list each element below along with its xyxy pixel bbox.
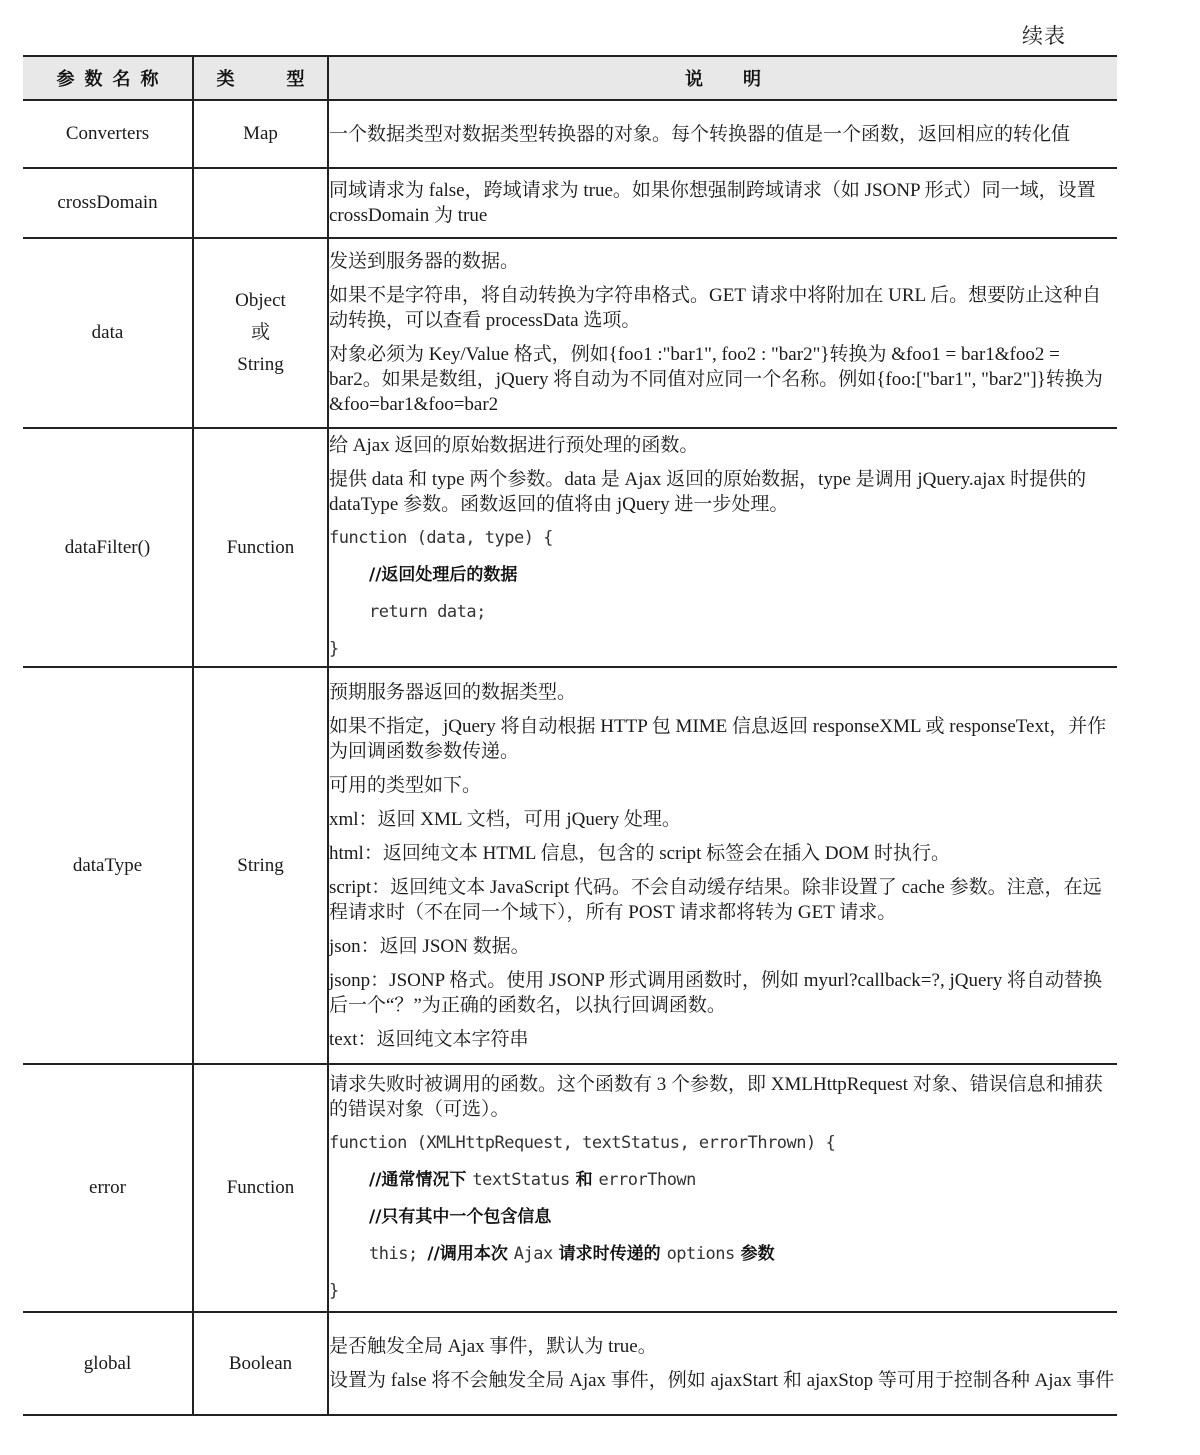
table-row: crossDomain同域请求为 false，跨域请求为 true。如果你想强制…: [23, 168, 1117, 238]
param-type-line: String: [194, 349, 327, 381]
param-type-cell: Function: [193, 1064, 328, 1312]
header-row: 参数名称 类型 说明: [23, 56, 1117, 100]
description-paragraph: 请求失败时被调用的函数。这个函数有 3 个参数，即 XMLHttpRequest…: [329, 1072, 1117, 1122]
description-paragraph: 一个数据类型对数据类型转换器的对象。每个转换器的值是一个函数，返回相应的转化值: [329, 122, 1117, 147]
param-type-line: Function: [194, 532, 327, 564]
code-line: //通常情况下 textStatus 和 errorThown: [329, 1168, 1117, 1193]
code-line: }: [329, 1279, 1117, 1304]
code-comment: //调用本次: [427, 1244, 513, 1264]
param-name-cell: dataFilter(): [23, 428, 193, 667]
code-token: this;: [369, 1244, 427, 1264]
description-paragraph: 可用的类型如下。: [329, 773, 1117, 798]
code-line: this; //调用本次 Ajax 请求时传递的 options 参数: [329, 1242, 1117, 1267]
param-description-cell: 是否触发全局 Ajax 事件，默认为 true。设置为 false 将不会触发全…: [328, 1312, 1117, 1415]
description-paragraph: text：返回纯文本字符串: [329, 1027, 1117, 1052]
table-row: dataFilter()Function给 Ajax 返回的原始数据进行预处理的…: [23, 428, 1117, 667]
table-body: ConvertersMap一个数据类型对数据类型转换器的对象。每个转换器的值是一…: [23, 100, 1117, 1415]
code-comment: 参数: [735, 1244, 775, 1264]
param-type-cell: Boolean: [193, 1312, 328, 1415]
code-comment: 请求时传递的: [553, 1244, 667, 1264]
description-paragraph: 如果不指定，jQuery 将自动根据 HTTP 包 MIME 信息返回 resp…: [329, 714, 1117, 764]
description-paragraph: html：返回纯文本 HTML 信息，包含的 script 标签会在插入 DOM…: [329, 841, 1117, 866]
param-type-line: Object: [194, 285, 327, 317]
param-description-cell: 请求失败时被调用的函数。这个函数有 3 个参数，即 XMLHttpRequest…: [328, 1064, 1117, 1312]
param-name-cell: dataType: [23, 667, 193, 1064]
description-paragraph: 设置为 false 将不会触发全局 Ajax 事件，例如 ajaxStart 和…: [329, 1368, 1117, 1393]
param-type-line: Function: [194, 1172, 327, 1204]
table-header: 参数名称 类型 说明: [23, 56, 1117, 100]
code-line: function (data, type) {: [329, 526, 1117, 551]
code-token: errorThown: [599, 1170, 696, 1190]
code-token: Ajax: [514, 1244, 553, 1264]
code-line: return data;: [329, 600, 1117, 625]
description-paragraph: 同域请求为 false，跨域请求为 true。如果你想强制跨域请求（如 JSON…: [329, 178, 1117, 228]
param-type-line: 或: [194, 317, 327, 349]
param-type-cell: [193, 168, 328, 238]
param-name-cell: crossDomain: [23, 168, 193, 238]
code-token: options: [667, 1244, 735, 1264]
header-param-name: 参数名称: [23, 56, 193, 100]
header-type: 类型: [193, 56, 328, 100]
param-type-cell: Object或String: [193, 238, 328, 428]
table-row: errorFunction请求失败时被调用的函数。这个函数有 3 个参数，即 X…: [23, 1064, 1117, 1312]
code-comment: //通常情况下: [369, 1170, 472, 1190]
header-desc-char-1: 说: [685, 69, 703, 90]
code-comment: 和: [570, 1170, 599, 1190]
description-paragraph: 提供 data 和 type 两个参数。data 是 Ajax 返回的原始数据，…: [329, 467, 1117, 517]
param-description-cell: 同域请求为 false，跨域请求为 true。如果你想强制跨域请求（如 JSON…: [328, 168, 1117, 238]
code-line: }: [329, 637, 1117, 662]
table-row: dataObject或String发送到服务器的数据。如果不是字符串，将自动转换…: [23, 238, 1117, 428]
description-paragraph: script：返回纯文本 JavaScript 代码。不会自动缓存结果。除非设置…: [329, 875, 1117, 925]
description-paragraph: 发送到服务器的数据。: [329, 249, 1117, 274]
header-type-char-2: 型: [287, 69, 305, 90]
param-description-cell: 发送到服务器的数据。如果不是字符串，将自动转换为字符串格式。GET 请求中将附加…: [328, 238, 1117, 428]
table-row: globalBoolean是否触发全局 Ajax 事件，默认为 true。设置为…: [23, 1312, 1117, 1415]
description-paragraph: xml：返回 XML 文档，可用 jQuery 处理。: [329, 807, 1117, 832]
param-description-cell: 预期服务器返回的数据类型。如果不指定，jQuery 将自动根据 HTTP 包 M…: [328, 667, 1117, 1064]
code-comment-line: //返回处理后的数据: [329, 563, 1117, 588]
continued-table-label: 续表: [1022, 20, 1066, 50]
code-token: textStatus: [472, 1170, 569, 1190]
description-paragraph: 预期服务器返回的数据类型。: [329, 680, 1117, 705]
param-description-cell: 一个数据类型对数据类型转换器的对象。每个转换器的值是一个函数，返回相应的转化值: [328, 100, 1117, 168]
parameter-table: 参数名称 类型 说明 ConvertersMap一个数据类型对数据类型转换器的对…: [23, 55, 1117, 1416]
description-paragraph: 如果不是字符串，将自动转换为字符串格式。GET 请求中将附加在 URL 后。想要…: [329, 283, 1117, 333]
param-name-cell: global: [23, 1312, 193, 1415]
description-paragraph: json：返回 JSON 数据。: [329, 934, 1117, 959]
code-comment-line: //只有其中一个包含信息: [329, 1205, 1117, 1230]
code-line: function (XMLHttpRequest, textStatus, er…: [329, 1131, 1117, 1156]
header-description: 说明: [328, 56, 1117, 100]
param-name-cell: data: [23, 238, 193, 428]
code-comment: //只有其中一个包含信息: [369, 1207, 551, 1227]
param-type-line: String: [194, 850, 327, 882]
param-type-cell: Function: [193, 428, 328, 667]
table-row: dataTypeString预期服务器返回的数据类型。如果不指定，jQuery …: [23, 667, 1117, 1064]
param-name-cell: Converters: [23, 100, 193, 168]
description-paragraph: 给 Ajax 返回的原始数据进行预处理的函数。: [329, 433, 1117, 458]
header-type-char-1: 类: [217, 69, 235, 90]
param-type-line: Map: [194, 118, 327, 150]
param-type-cell: String: [193, 667, 328, 1064]
param-description-cell: 给 Ajax 返回的原始数据进行预处理的函数。提供 data 和 type 两个…: [328, 428, 1117, 667]
param-type-line: Boolean: [194, 1348, 327, 1380]
param-name-cell: error: [23, 1064, 193, 1312]
description-paragraph: 对象必须为 Key/Value 格式，例如{foo1 :"bar1", foo2…: [329, 342, 1117, 417]
code-comment: //返回处理后的数据: [369, 565, 517, 585]
param-type-cell: Map: [193, 100, 328, 168]
description-paragraph: 是否触发全局 Ajax 事件，默认为 true。: [329, 1334, 1117, 1359]
table-row: ConvertersMap一个数据类型对数据类型转换器的对象。每个转换器的值是一…: [23, 100, 1117, 168]
description-paragraph: jsonp：JSONP 格式。使用 JSONP 形式调用函数时，例如 myurl…: [329, 968, 1117, 1018]
header-desc-char-2: 明: [743, 69, 761, 90]
